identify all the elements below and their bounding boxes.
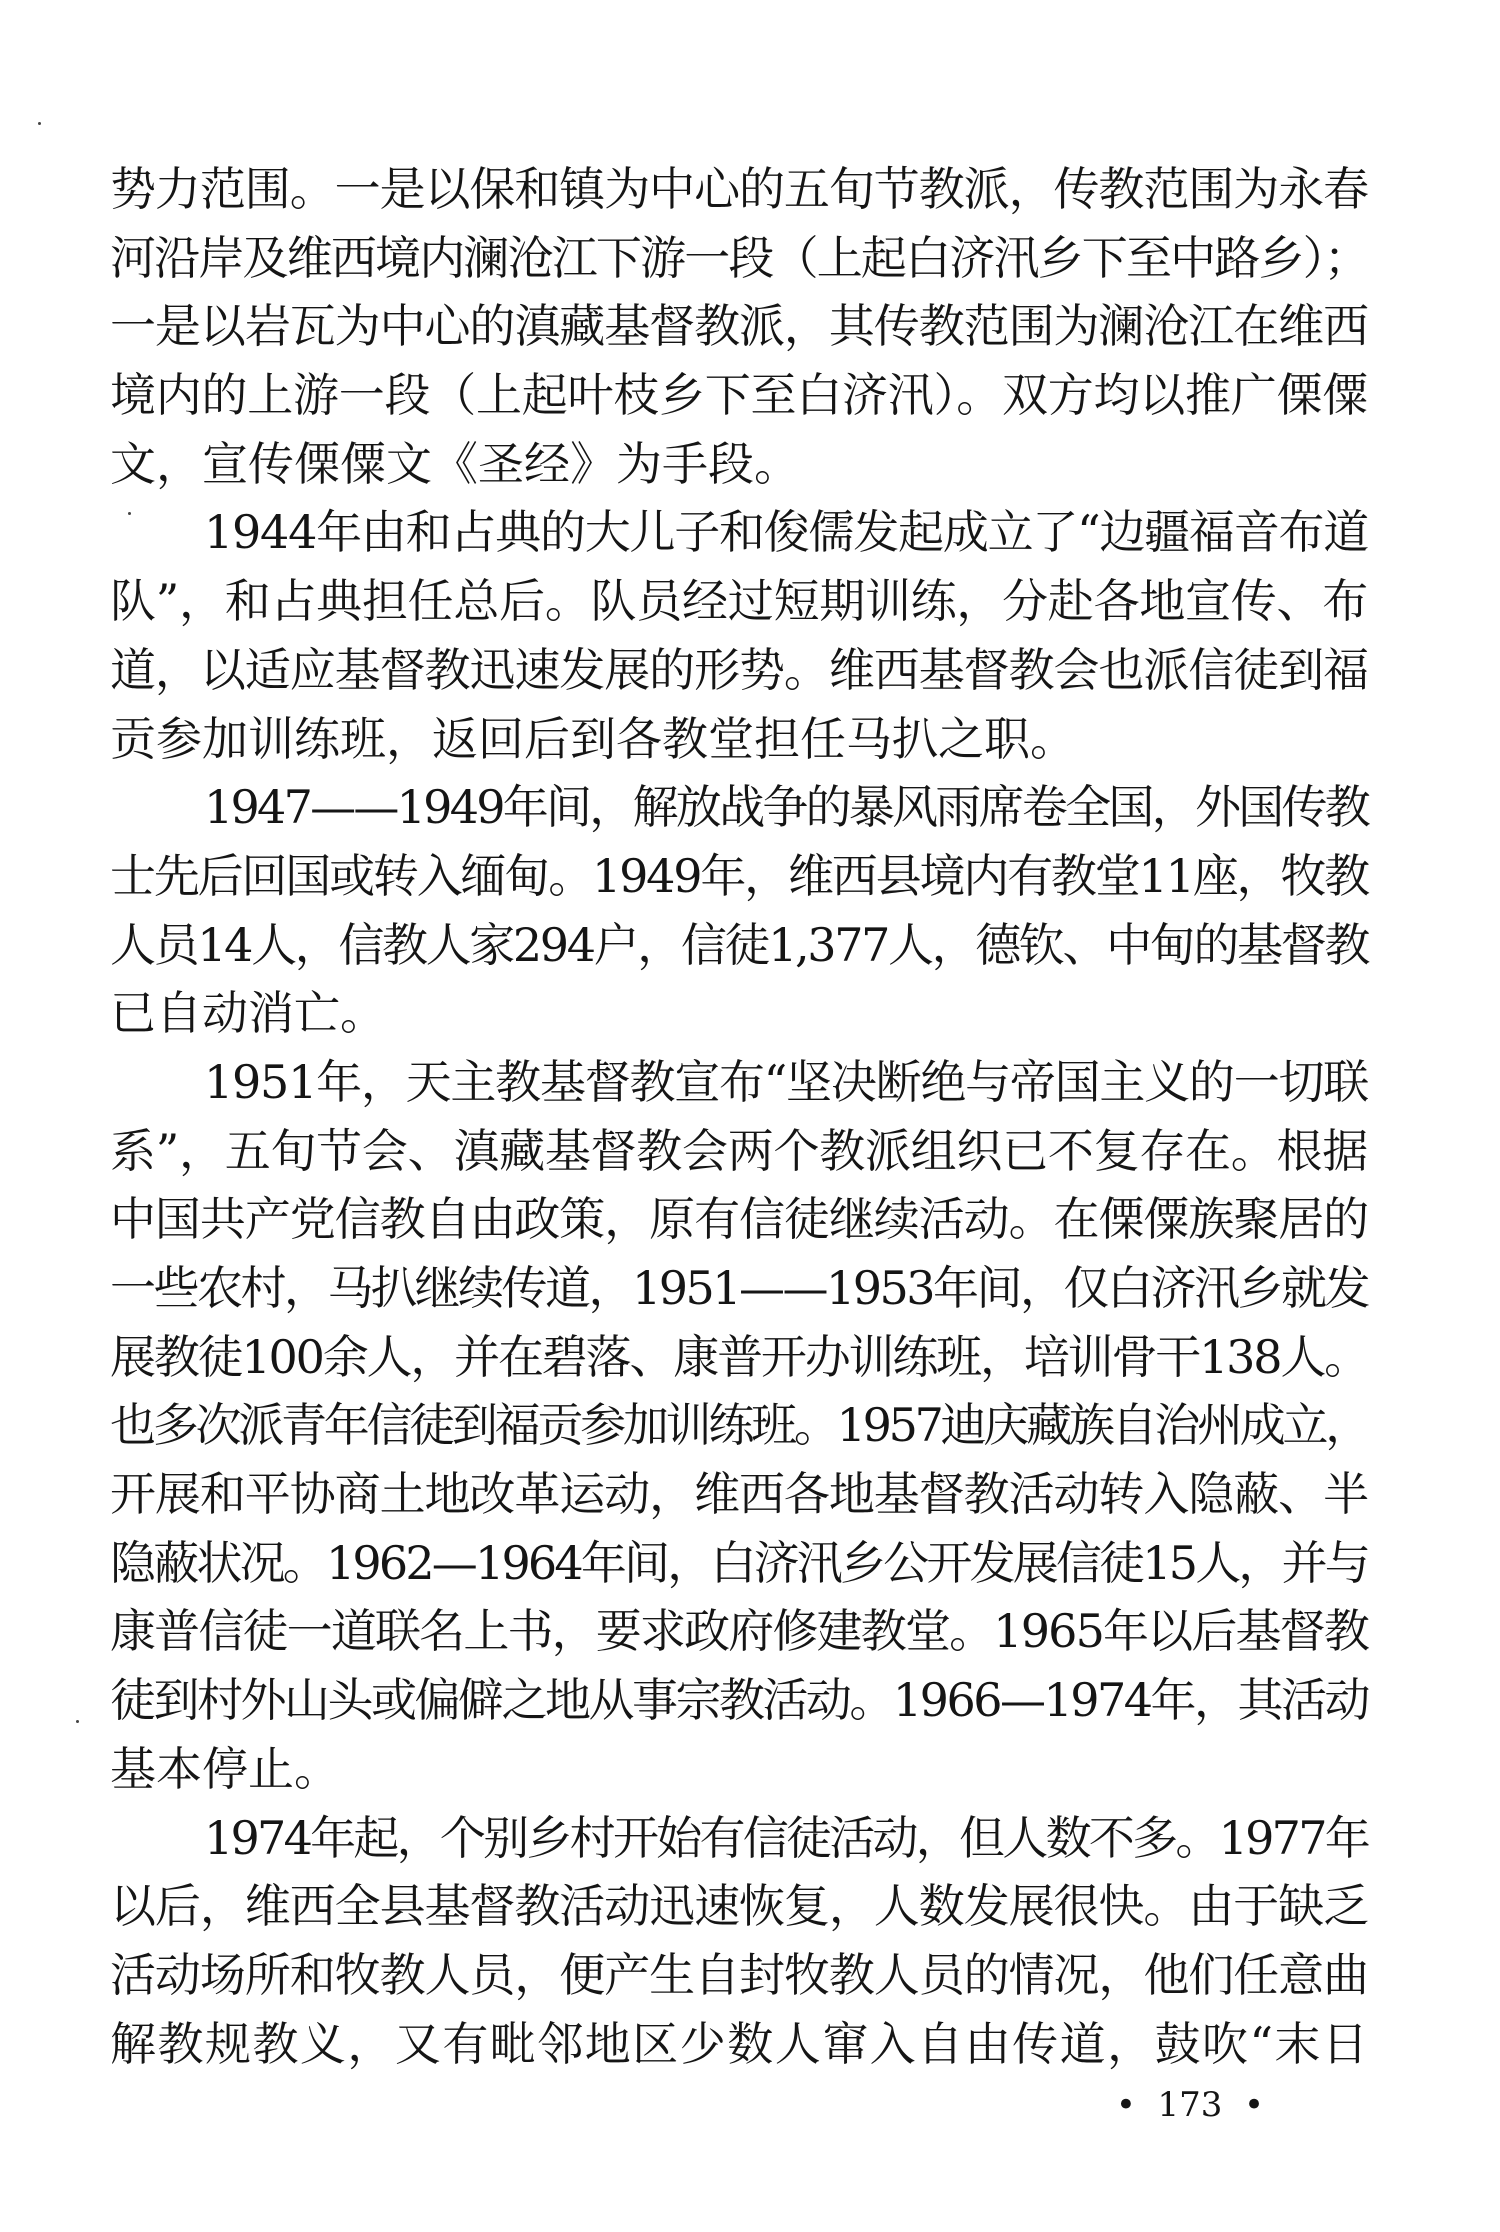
text-line: 河沿岸及维西境内澜沧江下游一段（上起白济汛乡下至中路乡）； xyxy=(110,224,1368,293)
page-number: • 173 • xyxy=(1100,2085,1280,2125)
text-line: 队”，和占典担任总后。队员经过短期训练，分赴各地宣传、布 xyxy=(110,567,1368,636)
text-line: 也多次派青年信徒到福贡参加训练班。1957迪庆藏族自治州成立， xyxy=(110,1391,1368,1460)
text-line: 已自动消亡。 xyxy=(110,979,1368,1048)
text-line: 解教规教义，又有毗邻地区少数人窜入自由传道，鼓吹“末日 xyxy=(110,2010,1368,2079)
text-line: 一些农村，马扒继续传道，1951——1953年间，仅白济汛乡就发 xyxy=(110,1254,1368,1323)
text-line: 境内的上游一段（上起叶枝乡下至白济汛）。双方均以推广傈僳 xyxy=(110,361,1368,430)
text-line: 士先后回国或转入缅甸。1949年，维西县境内有教堂11座，牧教 xyxy=(110,842,1368,911)
text-line: 贡参加训练班，返回后到各教堂担任马扒之职。 xyxy=(110,705,1368,774)
text-line: 系”，五旬节会、滇藏基督教会两个教派组织已不复存在。根据 xyxy=(110,1117,1368,1186)
text-line: 道，以适应基督教迅速发展的形势。维西基督教会也派信徒到福 xyxy=(110,636,1368,705)
text-line: 中国共产党信教自由政策，原有信徒继续活动。在傈僳族聚居的 xyxy=(110,1185,1368,1254)
scan-speck xyxy=(38,122,41,125)
text-line: 1974年起，个别乡村开始有信徒活动，但人数不多。1977年 xyxy=(110,1804,1368,1873)
text-line: 展教徒100余人，并在碧落、康普开办训练班，培训骨干138人。 xyxy=(110,1323,1368,1392)
text-line: 基本停止。 xyxy=(110,1735,1368,1804)
text-line: 活动场所和牧教人员，便产生自封牧教人员的情况，他们任意曲 xyxy=(110,1941,1368,2010)
text-line: 康普信徒一道联名上书，要求政府修建教堂。1965年以后基督教 xyxy=(110,1597,1368,1666)
text-line: 开展和平协商土地改革运动，维西各地基督教活动转入隐蔽、半 xyxy=(110,1460,1368,1529)
text-line: 一是以岩瓦为中心的滇藏基督教派，其传教范围为澜沧江在维西 xyxy=(110,292,1368,361)
text-line: 人员14人，信教人家294户，信徒1,377人，德钦、中甸的基督教 xyxy=(110,911,1368,980)
text-line: 1944年由和占典的大儿子和俊儒发起成立了“边疆福音布道 xyxy=(110,498,1368,567)
text-line: 势力范围。一是以保和镇为中心的五旬节教派，传教范围为永春 xyxy=(110,155,1368,224)
text-line: 1951年，天主教基督教宣布“坚决断绝与帝国主义的一切联 xyxy=(110,1048,1368,1117)
text-line: 1947——1949年间，解放战争的暴风雨席卷全国，外国传教 xyxy=(110,773,1368,842)
text-line: 隐蔽状况。1962—1964年间，白济汛乡公开发展信徒15人，并与 xyxy=(110,1529,1368,1598)
book-page: 势力范围。一是以保和镇为中心的五旬节教派，传教范围为永春 河沿岸及维西境内澜沧江… xyxy=(0,0,1500,2232)
scan-speck xyxy=(128,512,131,515)
text-line: 以后，维西全县基督教活动迅速恢复，人数发展很快。由于缺乏 xyxy=(110,1872,1368,1941)
scan-speck xyxy=(76,1720,79,1723)
body-text: 势力范围。一是以保和镇为中心的五旬节教派，传教范围为永春 河沿岸及维西境内澜沧江… xyxy=(110,155,1368,2078)
text-line: 文，宣传傈僳文《圣经》为手段。 xyxy=(110,430,1368,499)
text-line: 徒到村外山头或偏僻之地从事宗教活动。1966—1974年，其活动 xyxy=(110,1666,1368,1735)
